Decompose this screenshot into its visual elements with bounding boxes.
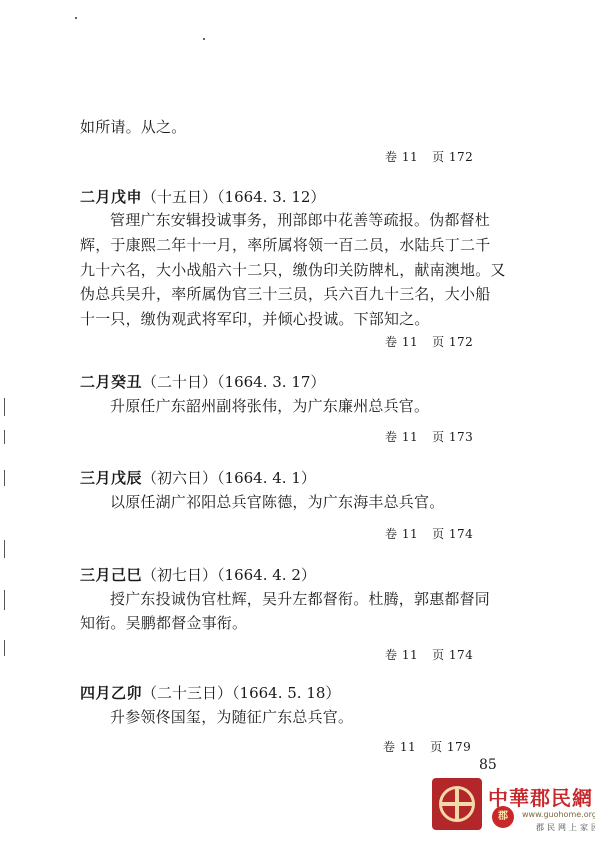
scan-speck — [75, 17, 77, 19]
entry-text-line: 辉，于康熙二年十一月，率所属将领一百二员，水陆兵丁二千 — [80, 236, 490, 254]
entry-text-line: 十一只，缴伪观武将军印，并倾心投诚。下部知之。 — [80, 310, 430, 328]
entry-text-line: 九十六名，大小战船六十二只，缴伪印关防牌札，献南澳地。又 — [80, 261, 506, 279]
logo-cross — [455, 789, 459, 819]
binding-edge-mark — [4, 590, 5, 610]
entry-text-line: 知衔。吴鹏都督佥事衔。 — [80, 614, 247, 632]
entry-heading: 三月戊辰（初六日）（1664. 4. 1） — [80, 469, 316, 487]
entry-heading: 二月癸丑（二十日）（1664. 3. 17） — [80, 373, 325, 391]
day-of-month: （初六日） — [142, 469, 217, 487]
volume-label: 卷 11 — [385, 527, 418, 541]
entry-text-line: 管理广东安辑投诚事务，刑部郎中花善等疏报。伪都督杜 — [110, 211, 490, 229]
page-label: 页 179 — [430, 740, 471, 754]
knot-logo-icon — [432, 778, 482, 830]
day-of-month: （初七日） — [142, 566, 217, 584]
volume-label: 卷 11 — [385, 335, 418, 349]
western-date: （1664. 4. 2） — [217, 566, 316, 584]
day-of-month: （二十三日） — [142, 684, 232, 702]
lunar-date: 二月癸丑 — [80, 373, 142, 391]
binding-edge-mark — [4, 640, 5, 656]
page-number: 85 — [479, 757, 497, 773]
lunar-date: 三月戊辰 — [80, 469, 142, 487]
page-label: 页 174 — [432, 648, 473, 662]
lunar-date: 三月己巳 — [80, 566, 142, 584]
source-reference: 卷 11页 173 — [385, 430, 473, 444]
entry-text-line: 伪总兵吴升，率所属伪官三十三员，兵六百九十三名，大小船 — [80, 285, 490, 303]
source-reference: 卷 11页 174 — [385, 648, 473, 662]
day-of-month: （二十日） — [142, 373, 217, 391]
entry-heading: 二月戊申（十五日）（1664. 3. 12） — [80, 188, 325, 206]
lunar-date: 二月戊申 — [80, 188, 142, 206]
source-reference: 卷 11页 172 — [385, 150, 473, 164]
source-reference: 卷 11页 174 — [385, 527, 473, 541]
watermark-slogan: 郡民网上家园 — [536, 822, 595, 833]
scan-speck — [203, 38, 205, 40]
source-reference: 卷 11页 179 — [383, 740, 471, 754]
page-label: 页 172 — [432, 335, 473, 349]
volume-label: 卷 11 — [385, 430, 418, 444]
lunar-date: 四月乙卯 — [80, 684, 142, 702]
entry-text-line: 升原任广东韶州副将张伟，为广东廉州总兵官。 — [110, 397, 429, 415]
entry-text-line: 授广东投诚伪官杜辉，吴升左都督衔。杜腾，郭惠都督同 — [110, 590, 490, 608]
binding-edge-mark — [4, 470, 5, 486]
volume-label: 卷 11 — [383, 740, 416, 754]
source-reference: 卷 11页 172 — [385, 335, 473, 349]
entry-text-line: 升参领佟国玺，为随征广东总兵官。 — [110, 708, 353, 726]
continuation-text: 如所请。从之。 — [80, 118, 186, 136]
binding-edge-mark — [4, 540, 5, 558]
western-date: （1664. 3. 12） — [217, 188, 325, 206]
watermark-badge-icon: 郡 — [492, 806, 514, 828]
scanned-book-page: 如所请。从之。 卷 11页 172 二月戊申（十五日）（1664. 3. 12）… — [0, 0, 595, 842]
page-label: 页 172 — [432, 150, 473, 164]
western-date: （1664. 3. 17） — [217, 373, 325, 391]
western-date: （1664. 4. 1） — [217, 469, 316, 487]
entry-heading: 三月己巳（初七日）（1664. 4. 2） — [80, 566, 316, 584]
western-date: （1664. 5. 18） — [232, 684, 340, 702]
page-label: 页 174 — [432, 527, 473, 541]
volume-label: 卷 11 — [385, 150, 418, 164]
entry-text-line: 以原任湖广祁阳总兵官陈德，为广东海丰总兵官。 — [110, 493, 444, 511]
entry-heading: 四月乙卯（二十三日）（1664. 5. 18） — [80, 684, 340, 702]
day-of-month: （十五日） — [142, 188, 217, 206]
volume-label: 卷 11 — [385, 648, 418, 662]
page-label: 页 173 — [432, 430, 473, 444]
watermark-url: www.guohome.org — [522, 810, 595, 819]
binding-edge-mark — [4, 398, 5, 416]
binding-edge-mark — [4, 430, 5, 444]
site-watermark: 中華郡民網 郡 www.guohome.org 郡民网上家园 — [432, 778, 595, 842]
